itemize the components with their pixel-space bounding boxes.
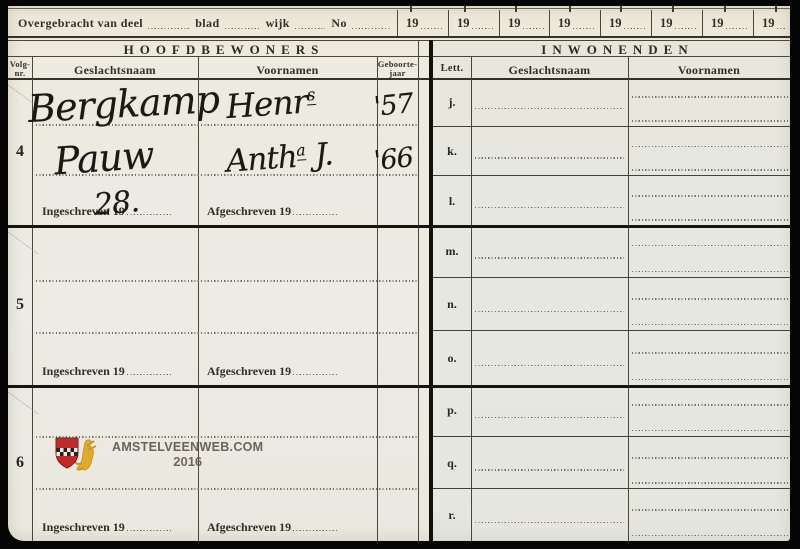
writing-line — [475, 257, 624, 259]
geslachtsnaam-column-header: Geslachtsnaam — [32, 63, 198, 78]
handwritten-firstname-1: Henrs — [225, 81, 317, 126]
no-label: No — [331, 16, 346, 31]
strip-bottom-line — [8, 36, 790, 38]
inwonende-row-m: m. — [433, 225, 790, 278]
writing-line — [36, 280, 418, 282]
writing-line — [632, 120, 788, 122]
volgnr-value: 6 — [16, 454, 24, 472]
year-blank — [472, 17, 496, 29]
volgnr-column-header: Volg- nr. — [8, 60, 32, 78]
inwonende-row-l: l. — [433, 177, 790, 225]
inwonende-row-k: k. — [433, 128, 790, 176]
year-label: 19 — [660, 16, 673, 31]
writing-line — [475, 207, 624, 209]
writing-line — [632, 509, 788, 511]
strip-bottom-line-2 — [8, 40, 790, 41]
year-blank — [573, 17, 597, 29]
writing-line — [36, 332, 418, 334]
year-cell: 19 — [702, 10, 753, 36]
writing-line — [36, 488, 418, 490]
writing-line — [475, 469, 624, 471]
ingeschreven-label: Ingeschreven 19 — [42, 363, 171, 379]
inwonende-row-q: q. — [433, 438, 790, 489]
registration-line: Ingeschreven 19 Afgeschreven 19 — [8, 363, 429, 379]
letter-label: m. — [433, 225, 471, 277]
writing-line — [632, 96, 788, 98]
afgeschreven-label: Afgeschreven 19 — [207, 519, 339, 535]
afgeschreven-label: Afgeschreven 19 — [207, 363, 339, 379]
writing-line — [632, 195, 788, 197]
handwritten-birthyear-1: '57 — [372, 88, 414, 123]
year-blank — [777, 17, 787, 29]
letter-label: o. — [433, 332, 471, 385]
volgnr-cell: 6 — [8, 385, 32, 541]
writing-line — [632, 271, 788, 273]
volgnr-header-line2: nr. — [15, 68, 26, 78]
year-label: 19 — [711, 16, 724, 31]
letter-label: n. — [433, 279, 471, 330]
year-label: 19 — [457, 16, 470, 31]
year-blank — [726, 17, 750, 29]
inwonende-row-j: j. — [433, 78, 790, 127]
writing-line — [632, 352, 788, 354]
year-cell: 19 — [651, 10, 702, 36]
year-blank — [675, 17, 699, 29]
writing-line — [632, 404, 788, 406]
writing-line — [475, 365, 624, 367]
amstelveen-coat-of-arms-icon — [55, 437, 107, 471]
writing-line — [632, 482, 788, 484]
scanned-register-page: { "top_strip": { "overgebracht_label": "… — [0, 0, 800, 549]
letter-label: j. — [433, 78, 471, 126]
year-label: 19 — [609, 16, 622, 31]
year-cell: 19 — [397, 10, 448, 36]
writing-line — [475, 108, 624, 110]
inwonende-row-n: n. — [433, 279, 790, 331]
inwonende-row-o: o. — [433, 332, 790, 385]
writing-line — [632, 245, 788, 247]
wijk-label: wijk — [266, 16, 290, 31]
year-label: 19 — [558, 16, 571, 31]
writing-line — [632, 379, 788, 381]
amstelveenweb-watermark: AMSTELVEENWEB.COM 2016 — [55, 437, 263, 471]
year-cell: 19 — [549, 10, 600, 36]
volgnr-value: 5 — [16, 296, 24, 314]
geboortejaar-column-header: Geboorte- jaar — [377, 60, 418, 78]
year-cell: 19 — [600, 10, 651, 36]
registration-line: Ingeschreven 19 Afgeschreven 19 — [8, 519, 429, 535]
no-blank-field — [352, 17, 390, 29]
year-label: 19 — [406, 16, 419, 31]
transfer-header-row: Overgebracht van deel blad wijk No 19 19… — [8, 10, 790, 36]
writing-line — [475, 522, 624, 524]
voornamen-column-header: Voornamen — [198, 63, 377, 78]
letter-label: p. — [433, 385, 471, 436]
year-blank — [421, 17, 445, 29]
writing-line — [632, 457, 788, 459]
writing-line — [475, 417, 624, 419]
hoofdbewoner-row-5: 5 Ingeschreven 19 Afgeschreven 19 — [8, 225, 429, 385]
year-label: 19 — [508, 16, 521, 31]
ingeschreven-label: Ingeschreven 19 — [42, 519, 171, 535]
right-geslachtsnaam-column-header: Geslachtsnaam — [471, 63, 628, 78]
year-blank — [624, 17, 648, 29]
writing-line — [475, 311, 624, 313]
watermark-year: 2016 — [112, 454, 263, 469]
overgebracht-label: Overgebracht van deel — [18, 16, 143, 31]
year-cell: 19 — [499, 10, 549, 36]
handwritten-surname-2: Pauw — [53, 133, 155, 184]
inwonende-row-p: p. — [433, 385, 790, 437]
afgeschreven-label: Afgeschreven 19 — [207, 203, 339, 219]
watermark-site-name: AMSTELVEENWEB.COM — [112, 440, 263, 454]
deel-blank-field — [148, 17, 189, 29]
writing-line — [632, 146, 788, 148]
year-label: 19 — [762, 16, 775, 31]
wijk-blank-field — [295, 17, 326, 29]
geboortejaar-header-line2: jaar — [389, 68, 405, 78]
writing-line — [632, 298, 788, 300]
transfer-fields: Overgebracht van deel blad wijk No — [18, 10, 390, 36]
population-register-card: Overgebracht van deel blad wijk No 19 19… — [8, 6, 790, 541]
lett-column-header: Lett. — [433, 63, 471, 74]
handwritten-firstname-2: Antha J. — [225, 136, 334, 179]
watermark-text: AMSTELVEENWEB.COM 2016 — [112, 440, 263, 469]
writing-line — [475, 157, 624, 159]
blad-label: blad — [195, 16, 219, 31]
handwritten-birthyear-2: '66 — [372, 142, 414, 177]
letter-label: r. — [433, 490, 471, 541]
inwonende-row-r: r. — [433, 490, 790, 541]
year-cell: 19 — [448, 10, 499, 36]
volgnr-cell: 5 — [8, 225, 32, 385]
writing-line — [632, 219, 788, 221]
handwritten-ingeschreven-year: 28. — [93, 184, 141, 223]
year-cell: 19 — [753, 10, 790, 36]
letter-label: q. — [433, 438, 471, 488]
title-underline — [8, 56, 790, 57]
writing-line — [632, 324, 788, 326]
writing-line — [632, 169, 788, 171]
diagonal-mark — [8, 229, 38, 254]
writing-line — [632, 535, 788, 537]
writing-line — [632, 430, 788, 432]
volgnr-value: 4 — [16, 143, 24, 161]
right-voornamen-column-header: Voornamen — [628, 63, 790, 78]
blad-blank-field — [225, 17, 260, 29]
registration-line: Ingeschreven 19 Afgeschreven 19 — [8, 203, 429, 219]
year-blank — [523, 17, 546, 29]
letter-label: l. — [433, 177, 471, 225]
diagonal-mark — [8, 389, 38, 414]
letter-label: k. — [433, 128, 471, 175]
